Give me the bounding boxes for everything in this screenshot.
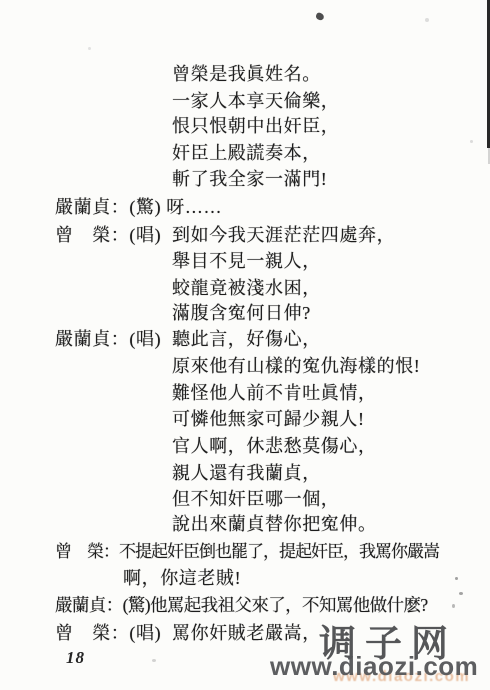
paper-speck [470,140,473,143]
ink-smudge [315,12,325,21]
page-number: 18 [66,648,85,668]
paper-speck [88,47,91,50]
watermark-site-url: www.diaozi.com [270,651,478,682]
verse-line: 原來他有山樣的寃仇海樣的恨! [172,355,420,377]
verse-line: 斬了我全家一滿門! [172,168,327,190]
verse-line: 聽此言，好傷心， [172,328,321,350]
paper-speck [455,577,458,580]
dialogue-continuation: 啊，你這老賊! [123,567,241,589]
speaker-label: 嚴蘭貞：(唱) [55,328,161,350]
speaker-label: 曾 榮：(唱) [55,224,161,246]
paper-speck [152,659,156,662]
dialogue-line: 嚴蘭貞：(驚) 呀…… [55,196,222,218]
verse-line: 蛟龍竟被淺水困， [172,277,321,299]
verse-line: 曾榮是我眞姓名。 [172,63,321,85]
verse-line: 恨只恨朝中出奸臣， [172,115,339,137]
verse-line: 舉目不見一親人， [172,250,321,272]
verse-line: 說出來蘭貞替你把寃伸。 [172,513,377,535]
verse-line: 官人啊，休悲愁莫傷心， [172,435,377,457]
verse-line: 滿腹含寃何日伸? [172,302,311,324]
verse-line: 到如今我天涯茫茫四處奔， [172,224,395,246]
verse-line: 可憐他無家可歸少親人! [172,408,365,430]
speaker-label: 曾 榮：(唱) [55,622,161,644]
book-page-scan: 曾榮是我眞姓名。 一家人本享天倫樂， 恨只恨朝中出奸臣， 奸臣上殿謊奏本， 斬了… [0,0,490,690]
paper-speck [425,18,429,22]
verse-line: 一家人本享天倫樂， [172,90,339,112]
dialogue-line: 曾 榮：不提起奸臣倒也罷了，提起奸臣，我罵你嚴嵩 [55,541,439,563]
verse-line: 奸臣上殿謊奏本， [172,142,321,164]
verse-line: 但不知奸臣哪一個， [172,488,339,510]
verse-line: 難怪他人前不肯吐眞情， [172,382,377,404]
paper-speck [452,604,455,608]
verse-line: 親人還有我蘭貞， [172,462,321,484]
paper-speck [459,592,463,595]
verse-line: 罵你奸賊老嚴嵩， [172,622,321,644]
